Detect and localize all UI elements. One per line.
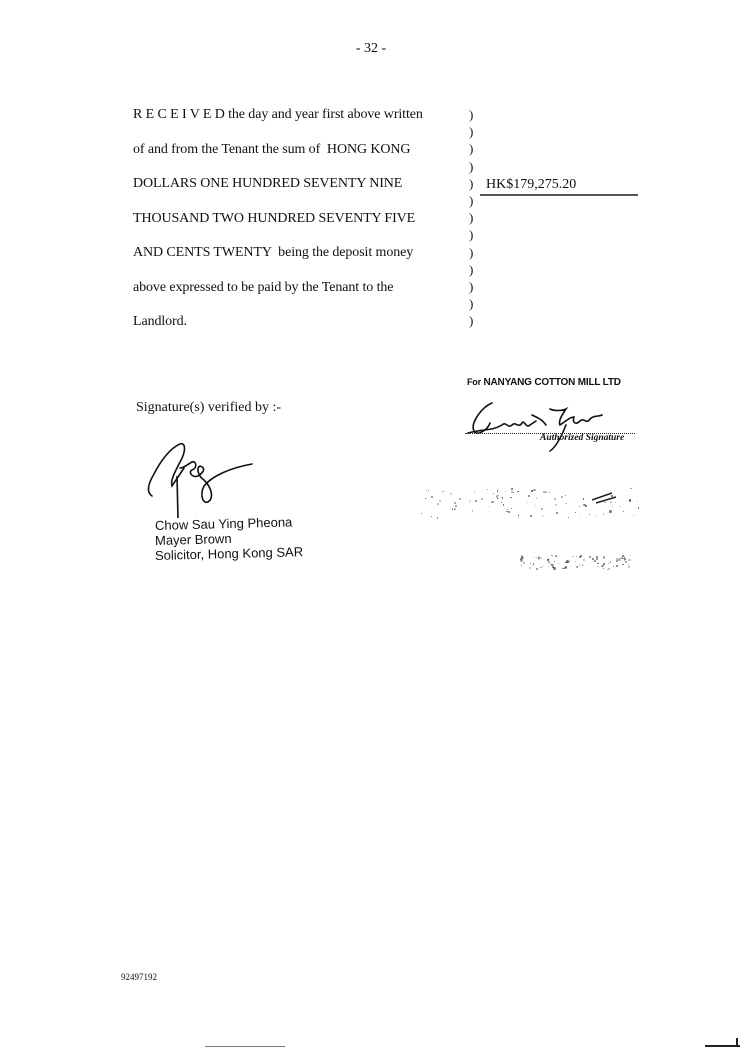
page-number: - 32 - bbox=[0, 41, 742, 57]
bracket: ) bbox=[469, 246, 473, 259]
bracket: ) bbox=[469, 125, 473, 138]
document-number: 92497192 bbox=[121, 972, 157, 982]
bracket: ) bbox=[469, 108, 473, 121]
bracket: ) bbox=[469, 142, 473, 155]
bracket: ) bbox=[469, 211, 473, 224]
verified-by-label: Signature(s) verified by :- bbox=[136, 400, 281, 416]
bracket: ) bbox=[469, 263, 473, 276]
deposit-amount: HK$179,275.20 bbox=[480, 177, 638, 196]
receipt-line: THOUSAND TWO HUNDRED SEVENTY FIVE bbox=[133, 211, 415, 227]
scan-edge-mark bbox=[736, 1038, 738, 1046]
receipt-line: above expressed to be paid by the Tenant… bbox=[133, 280, 393, 296]
solicitor-title: Solicitor, Hong Kong SAR bbox=[155, 544, 303, 563]
solicitor-signature-icon bbox=[140, 438, 260, 518]
bracket: ) bbox=[469, 194, 473, 207]
bracket: ) bbox=[469, 228, 473, 241]
for-label: For bbox=[467, 377, 481, 388]
bracket: ) bbox=[469, 314, 473, 327]
scan-edge-line bbox=[205, 1046, 285, 1047]
bracket: ) bbox=[469, 160, 473, 173]
bracket: ) bbox=[469, 177, 473, 190]
receipt-line: R E C E I V E D the day and year first a… bbox=[133, 107, 423, 123]
company-label: NANYANG COTTON MILL LTD bbox=[484, 377, 621, 389]
landlord-signature-icon bbox=[462, 395, 642, 455]
bracket: ) bbox=[469, 280, 473, 293]
receipt-line: AND CENTS TWENTY being the deposit money bbox=[133, 245, 413, 261]
authorized-signature-caption: Authorized Signature bbox=[540, 433, 624, 443]
receipt-line: Landlord. bbox=[133, 314, 187, 330]
stamp-stroke-icon bbox=[590, 490, 620, 505]
scan-edge-line bbox=[705, 1045, 740, 1047]
receipt-line: of and from the Tenant the sum of HONG K… bbox=[133, 142, 410, 158]
bracket: ) bbox=[469, 297, 473, 310]
company-name: For NANYANG COTTON MILL LTD bbox=[467, 377, 621, 389]
receipt-line: DOLLARS ONE HUNDRED SEVENTY NINE bbox=[133, 176, 402, 192]
